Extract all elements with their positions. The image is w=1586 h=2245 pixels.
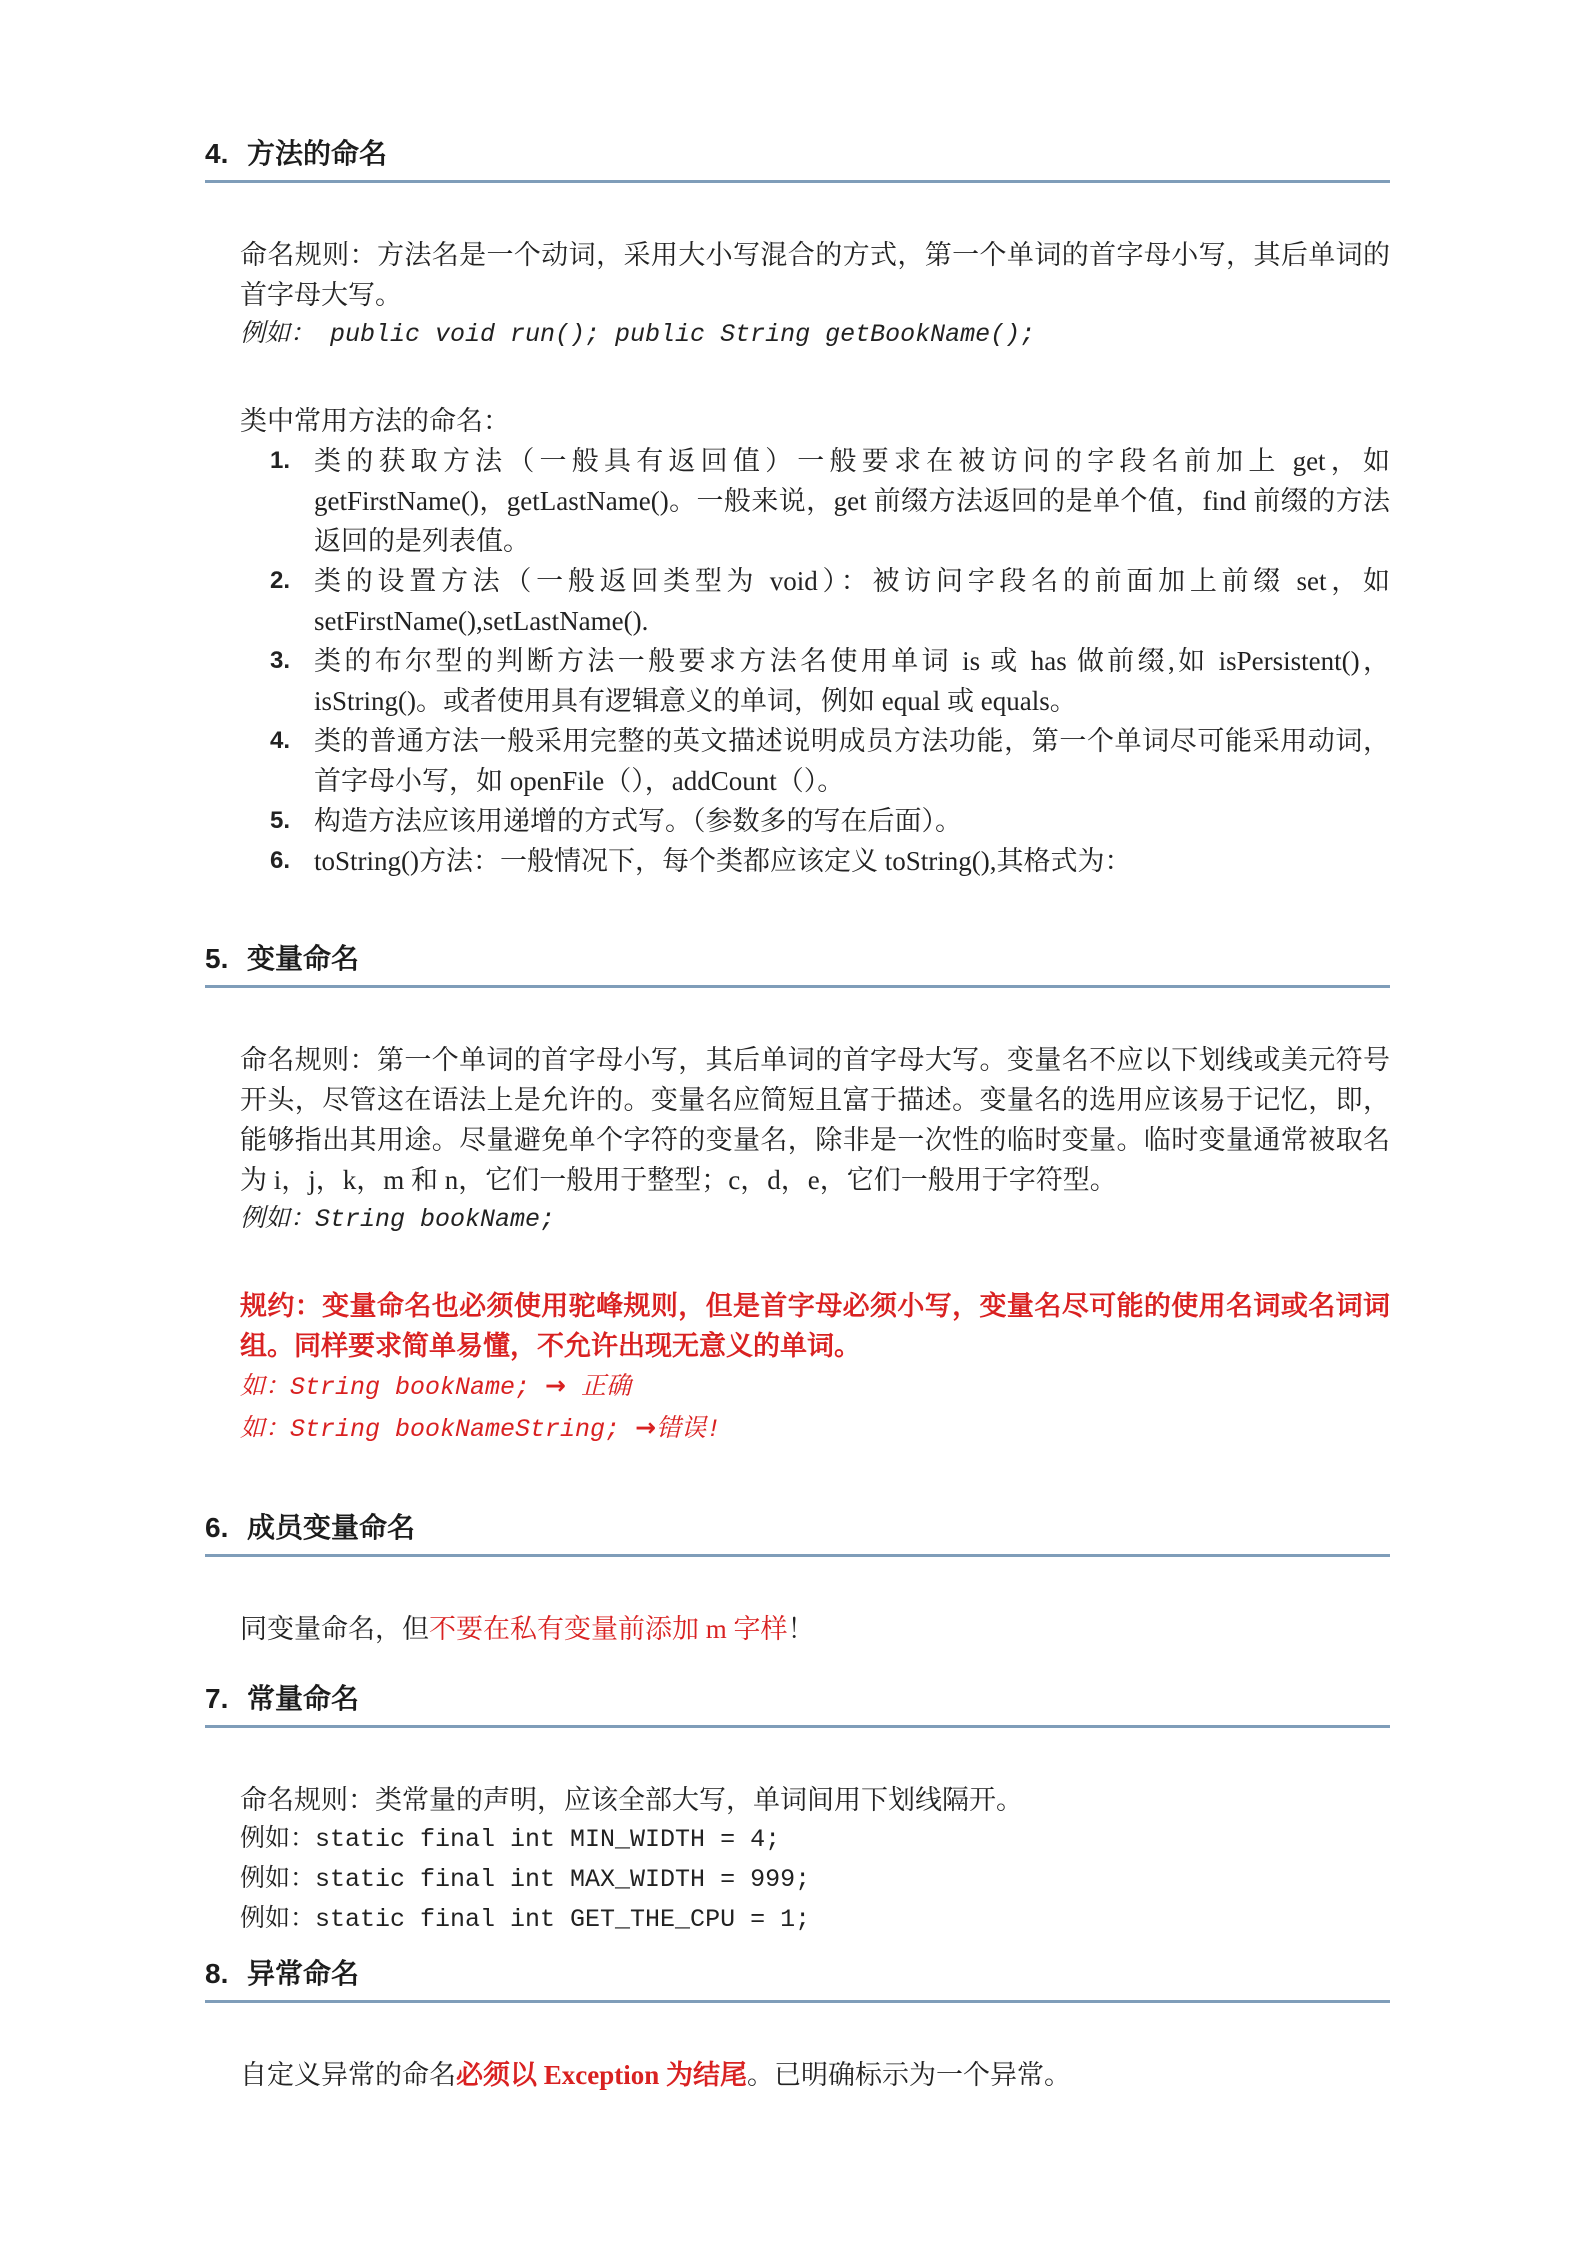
section-4-title: 方法的命名: [247, 138, 387, 170]
list-item: 5. 构造方法应该用递增的方式写。（参数多的写在后面）。: [270, 801, 1390, 841]
list-item-text: 类的布尔型的判断方法一般要求方法名使用单词 is 或 has 做前缀,如 isP…: [314, 641, 1390, 721]
wrong-example-label: 错误!: [656, 1415, 721, 1444]
constant-example-2: 例如：static final int MAX_WIDTH = 999;: [240, 1860, 1390, 1900]
section-8-heading: 8. 异常命名: [205, 1958, 1390, 2003]
exception-rule-black-2: 。已明确标示为一个异常。: [747, 2060, 1071, 2090]
variable-naming-example: 例如：String bookName;: [240, 1200, 1390, 1240]
section-7-heading: 7. 常量命名: [205, 1683, 1390, 1728]
section-8-number: 8.: [205, 1958, 247, 1990]
section-7-number: 7.: [205, 1683, 247, 1715]
method-naming-example: 例如： public void run(); public String get…: [240, 315, 1390, 355]
section-5-number: 5.: [205, 943, 247, 975]
method-naming-rule: 命名规则：方法名是一个动词，采用大小写混合的方式，第一个单词的首字母小写，其后单…: [240, 235, 1390, 315]
list-item-number: 5.: [270, 801, 314, 841]
list-item-text: 构造方法应该用递增的方式写。（参数多的写在后面）。: [314, 801, 1390, 841]
member-variable-rule-red: 不要在私有变量前添加 m 字样: [429, 1614, 788, 1644]
list-item: 2. 类的设置方法（一般返回类型为 void）：被访问字段名的前面加上前缀 se…: [270, 561, 1390, 641]
section-8-title: 异常命名: [247, 1958, 359, 1990]
section-4-body: 命名规则：方法名是一个动词，采用大小写混合的方式，第一个单词的首字母小写，其后单…: [240, 235, 1390, 881]
list-item: 4. 类的普通方法一般采用完整的英文描述说明成员方法功能，第一个单词尽可能采用动…: [270, 721, 1390, 801]
section-4-number: 4.: [205, 138, 247, 170]
method-list-intro: 类中常用方法的命名：: [240, 401, 1390, 441]
correct-example-code: 如：String bookName;: [240, 1373, 545, 1402]
exception-naming-rule: 自定义异常的命名必须以 Exception 为结尾。已明确标示为一个异常。: [240, 2055, 1390, 2095]
constant-example-3: 例如：static final int GET_THE_CPU = 1;: [240, 1900, 1390, 1940]
section-5-body: 命名规则：第一个单词的首字母小写，其后单词的首字母大写。变量名不应以下划线或美元…: [240, 1040, 1390, 1450]
section-exception-naming: 8. 异常命名 自定义异常的命名必须以 Exception 为结尾。已明确标示为…: [205, 1958, 1390, 2095]
correct-example-line: 如：String bookName; → 正确: [240, 1366, 1390, 1408]
list-item-number: 1.: [270, 441, 314, 561]
section-6-body: 同变量命名，但不要在私有变量前添加 m 字样！: [240, 1609, 1390, 1649]
arrow-icon: →: [545, 1371, 566, 1400]
section-6-title: 成员变量命名: [247, 1512, 415, 1544]
section-variable-naming: 5. 变量命名 命名规则：第一个单词的首字母小写，其后单词的首字母大写。变量名不…: [205, 943, 1390, 1450]
exception-rule-black-1: 自定义异常的命名: [240, 2060, 456, 2090]
list-item-text: toString()方法：一般情况下，每个类都应该定义 toString(),其…: [314, 841, 1390, 881]
list-item-number: 6.: [270, 841, 314, 881]
wrong-example-code: 如：String bookNameString;: [240, 1415, 635, 1444]
correct-example-label: 正确: [566, 1373, 631, 1402]
exception-rule-red: 必须以 Exception 为结尾: [456, 2060, 747, 2090]
variable-naming-rule: 命名规则：第一个单词的首字母小写，其后单词的首字母大写。变量名不应以下划线或美元…: [240, 1040, 1390, 1200]
list-item: 1. 类的获取方法（一般具有返回值）一般要求在被访问的字段名前加上 get，如 …: [270, 441, 1390, 561]
list-item-number: 3.: [270, 641, 314, 721]
section-6-number: 6.: [205, 1512, 247, 1544]
member-variable-rule-black: 同变量命名，但: [240, 1614, 429, 1644]
list-item: 6. toString()方法：一般情况下，每个类都应该定义 toString(…: [270, 841, 1390, 881]
section-7-title: 常量命名: [247, 1683, 359, 1715]
section-method-naming: 4. 方法的命名 命名规则：方法名是一个动词，采用大小写混合的方式，第一个单词的…: [205, 138, 1390, 881]
arrow-icon: →: [635, 1413, 656, 1442]
list-item-text: 类的普通方法一般采用完整的英文描述说明成员方法功能，第一个单词尽可能采用动词，首…: [314, 721, 1390, 801]
section-5-title: 变量命名: [247, 943, 359, 975]
list-item-number: 2.: [270, 561, 314, 641]
constant-naming-rule: 命名规则：类常量的声明，应该全部大写，单词间用下划线隔开。: [240, 1780, 1390, 1820]
section-6-heading: 6. 成员变量命名: [205, 1512, 1390, 1557]
section-5-heading: 5. 变量命名: [205, 943, 1390, 988]
section-constant-naming: 7. 常量命名 命名规则：类常量的声明，应该全部大写，单词间用下划线隔开。 例如…: [205, 1683, 1390, 1940]
section-4-heading: 4. 方法的命名: [205, 138, 1390, 183]
list-item: 3. 类的布尔型的判断方法一般要求方法名使用单词 is 或 has 做前缀,如 …: [270, 641, 1390, 721]
member-variable-rule-end: ！: [788, 1614, 815, 1644]
list-item-text: 类的获取方法（一般具有返回值）一般要求在被访问的字段名前加上 get，如 get…: [314, 441, 1390, 561]
section-member-variable-naming: 6. 成员变量命名 同变量命名，但不要在私有变量前添加 m 字样！: [205, 1512, 1390, 1649]
wrong-example-line: 如：String bookNameString; →错误!: [240, 1408, 1390, 1450]
variable-naming-convention: 规约：变量命名也必须使用驼峰规则，但是首字母必须小写，变量名尽可能的使用名词或名…: [240, 1286, 1390, 1366]
section-7-body: 命名规则：类常量的声明，应该全部大写，单词间用下划线隔开。 例如：static …: [240, 1780, 1390, 1940]
list-item-text: 类的设置方法（一般返回类型为 void）：被访问字段名的前面加上前缀 set，如…: [314, 561, 1390, 641]
member-variable-rule: 同变量命名，但不要在私有变量前添加 m 字样！: [240, 1609, 1390, 1649]
document-page: 4. 方法的命名 命名规则：方法名是一个动词，采用大小写混合的方式，第一个单词的…: [0, 0, 1586, 2245]
section-8-body: 自定义异常的命名必须以 Exception 为结尾。已明确标示为一个异常。: [240, 2055, 1390, 2095]
list-item-number: 4.: [270, 721, 314, 801]
constant-example-1: 例如：static final int MIN_WIDTH = 4;: [240, 1820, 1390, 1860]
method-naming-list: 1. 类的获取方法（一般具有返回值）一般要求在被访问的字段名前加上 get，如 …: [270, 441, 1390, 881]
